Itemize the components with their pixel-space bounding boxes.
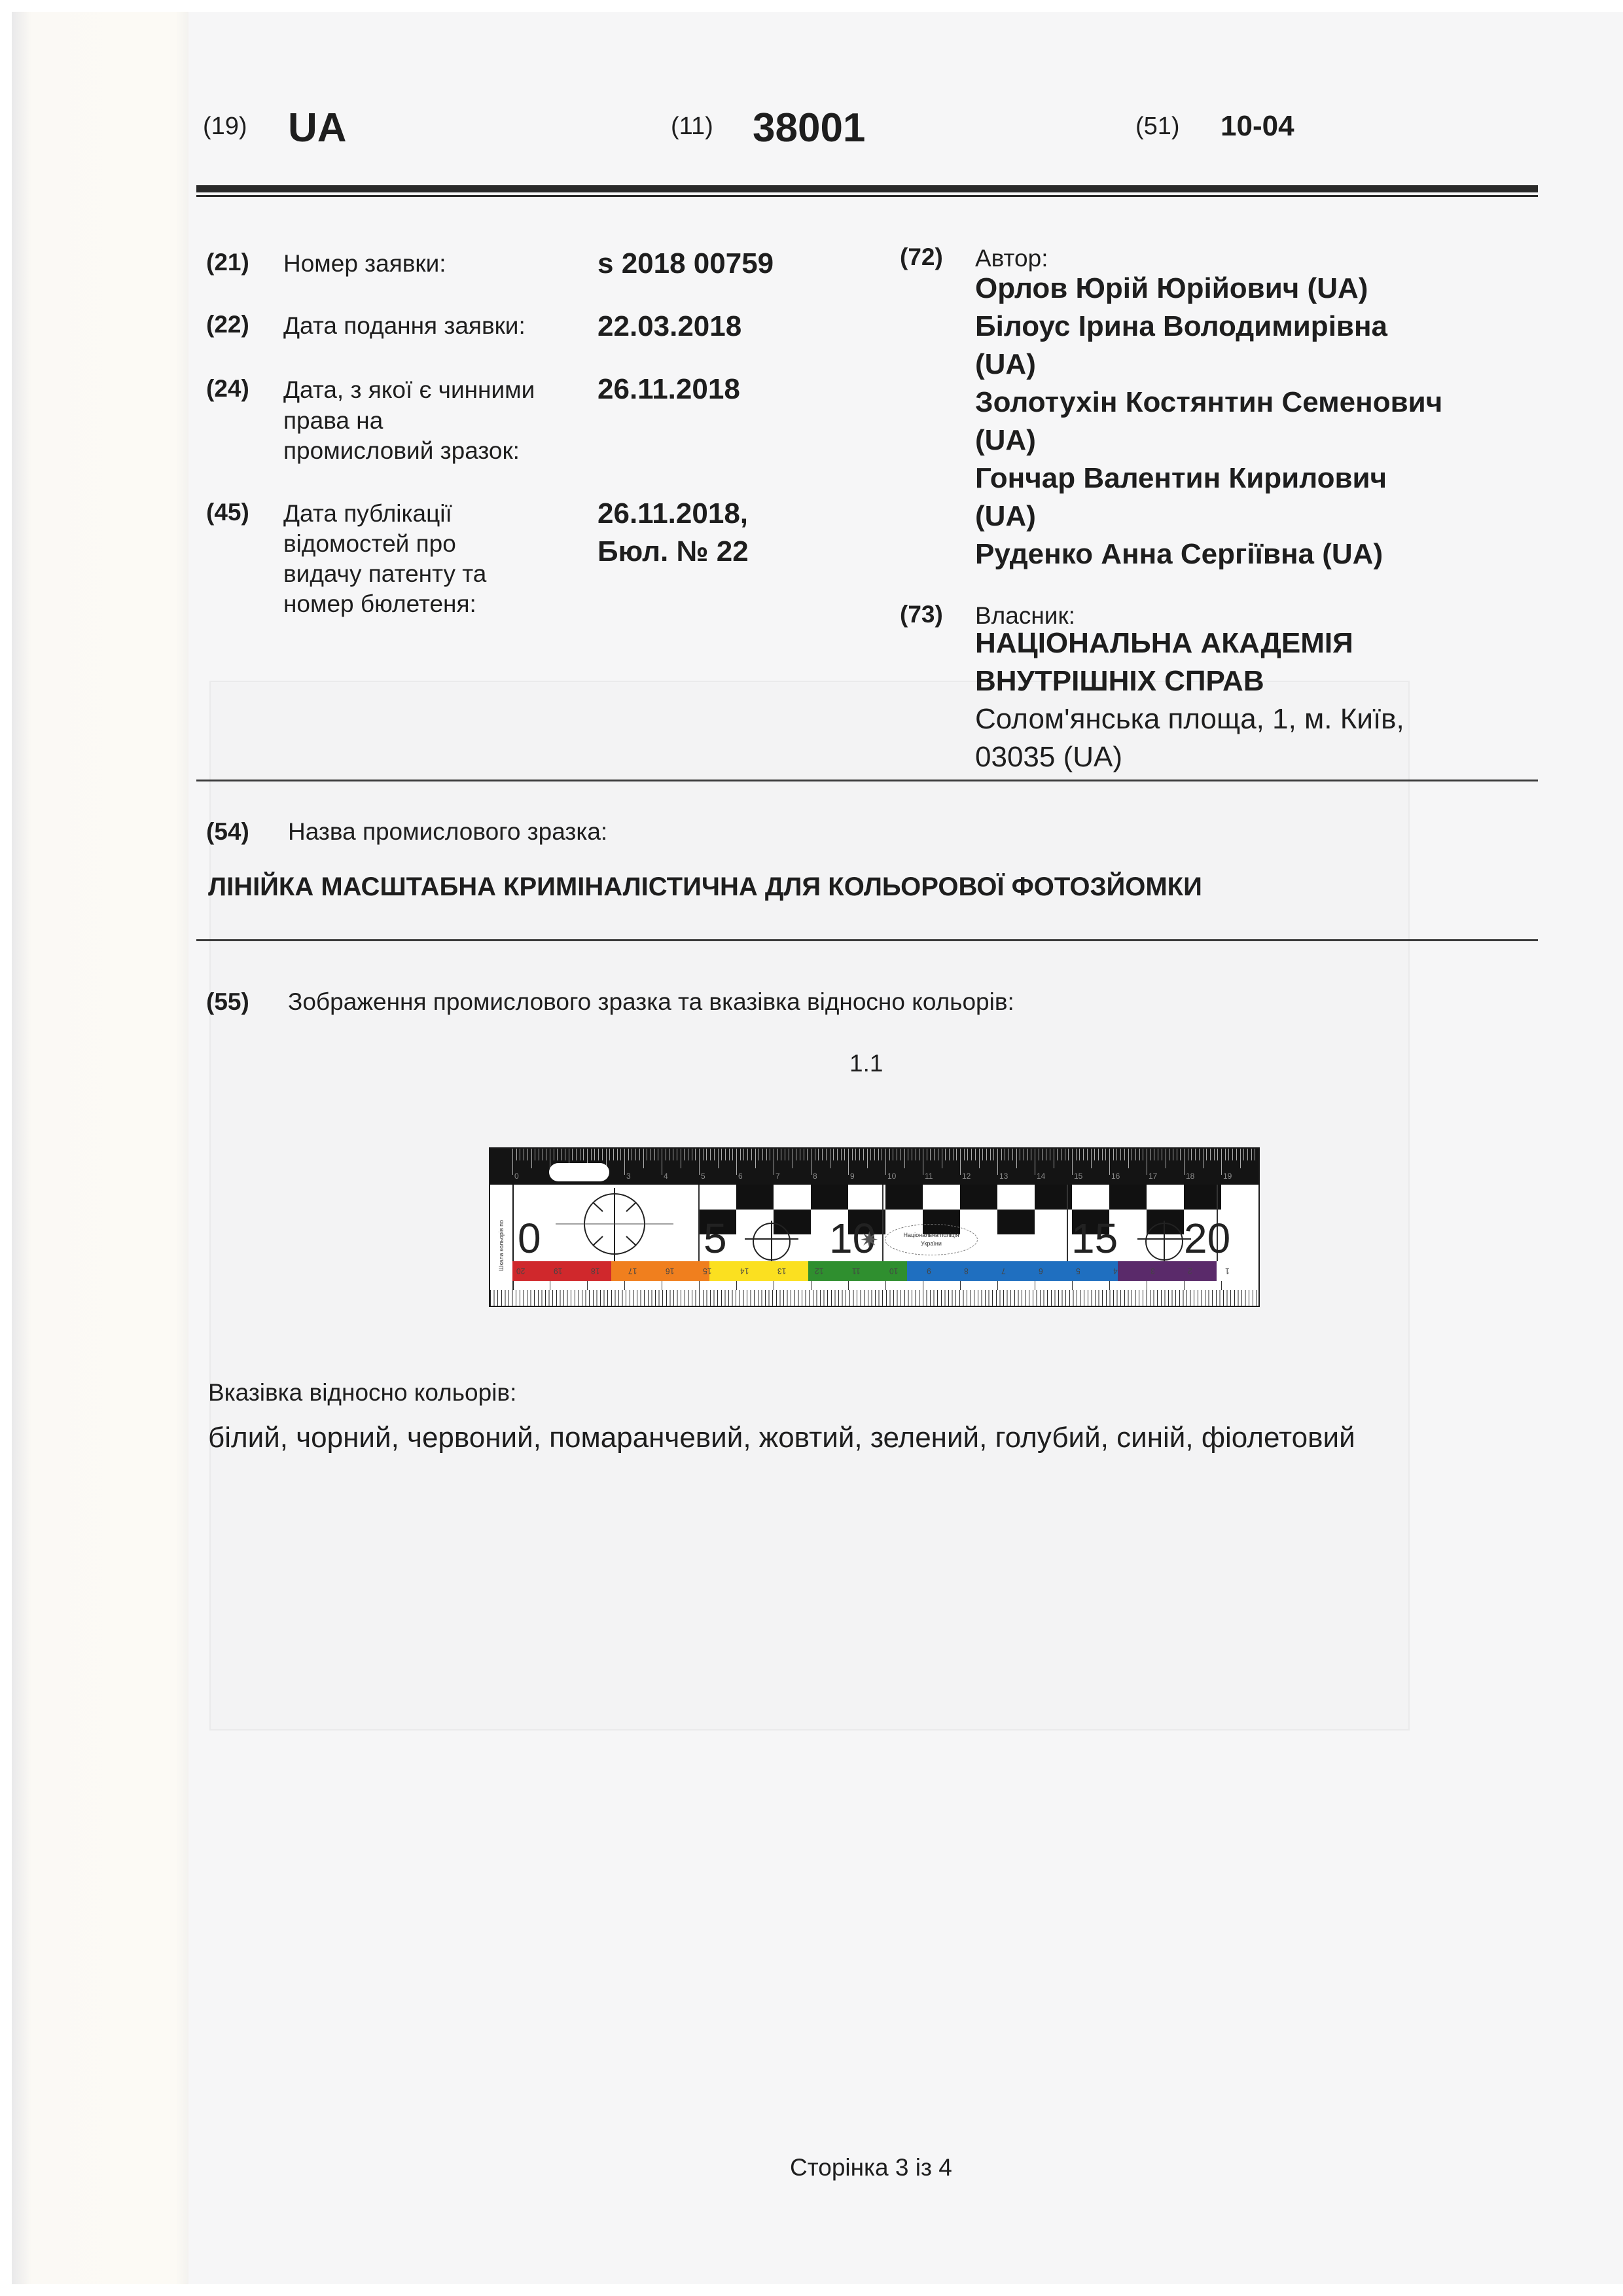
tick-mark (1083, 1149, 1084, 1160)
tick-mark (927, 1149, 927, 1160)
header-rule-thick (196, 185, 1538, 192)
tick-mark (543, 1149, 543, 1160)
tick-mark (1173, 1149, 1173, 1160)
tick-mark (934, 1149, 935, 1160)
tick-mark (882, 1149, 882, 1160)
tick-mark (1087, 1149, 1088, 1160)
tick-mark (706, 1149, 707, 1160)
tick-mark (855, 1149, 856, 1160)
tick-mark (732, 1149, 733, 1160)
tick-mark (736, 1149, 737, 1175)
tick-mark (1091, 1149, 1092, 1168)
field-label: Номер заявки: (283, 249, 446, 279)
bottom-scale-number: 5 (1076, 1266, 1080, 1276)
image-code: (55) (206, 988, 249, 1016)
tick-mark (1158, 1149, 1158, 1160)
top-scale-number: 14 (1037, 1172, 1045, 1181)
color-swatch (1118, 1261, 1217, 1281)
tick-mark (565, 1149, 565, 1160)
tick-mark (639, 1149, 640, 1160)
tick-mark (572, 1149, 573, 1160)
tick-mark (979, 1149, 980, 1168)
tick-mark (919, 1149, 919, 1160)
tick-mark (651, 1149, 651, 1160)
tick-mark (804, 1149, 804, 1160)
field-label: відомостей про (283, 529, 456, 559)
tick-mark (714, 1149, 715, 1160)
top-scale-number: 16 (1111, 1172, 1120, 1181)
tick-mark (1054, 1149, 1054, 1168)
tick-mark (774, 1149, 774, 1175)
tick-mark (897, 1149, 897, 1160)
country: UA (288, 105, 347, 151)
author-line: Білоус Ірина Володимирівна (975, 308, 1442, 346)
bulletin-number: Бюл. № 22 (597, 533, 749, 571)
header-rule-thin (196, 195, 1538, 197)
authors-code: (72) (900, 243, 943, 271)
tick-mark (930, 1149, 931, 1160)
top-scale-number: 5 (701, 1172, 705, 1181)
tick-mark (1072, 1149, 1073, 1175)
bottom-scale-number: 8 (964, 1266, 969, 1276)
tick-mark (729, 1149, 730, 1160)
tick-mark (1124, 1149, 1125, 1160)
checker-square (811, 1185, 848, 1210)
tick-mark (688, 1149, 688, 1160)
tick-mark (1005, 1149, 1005, 1160)
bottom-scale-number: 20 (516, 1266, 525, 1276)
scan-margin-strip (12, 12, 188, 2284)
tick-mark (576, 1149, 577, 1160)
checker-square (997, 1210, 1035, 1234)
tick-mark (1061, 1149, 1061, 1160)
checker-square (1109, 1185, 1147, 1210)
tick-mark (1035, 1149, 1035, 1175)
bottom-scale-number: 7 (1001, 1266, 1006, 1276)
tick-mark (1166, 1149, 1166, 1168)
tick-mark (971, 1149, 972, 1160)
authors-list: Орлов Юрій Юрійович (UA) Білоус Ірина Во… (975, 270, 1442, 573)
small-target-icon (742, 1221, 801, 1263)
ruler-big-number: 0 (518, 1217, 541, 1259)
bottom-scale-number: 16 (666, 1266, 674, 1276)
tick-mark (818, 1149, 819, 1160)
top-scale-number: 7 (776, 1172, 780, 1181)
tick-mark (740, 1149, 741, 1160)
tick-mark (1199, 1149, 1200, 1160)
tick-mark (1027, 1149, 1028, 1160)
tick-mark (1180, 1149, 1181, 1160)
tick-mark (1217, 1149, 1218, 1160)
title-label: Назва промислового зразка: (288, 817, 607, 847)
forensic-scale-ruler-image: 01234567891011121314151617181920 Шкала к… (489, 1147, 1260, 1307)
author-line: (UA) (975, 497, 1442, 535)
tick-mark (1221, 1149, 1222, 1175)
bottom-scale-number: 12 (815, 1266, 823, 1276)
tick-mark (747, 1149, 748, 1160)
tick-mark (1258, 1149, 1259, 1175)
tick-mark (1132, 1149, 1132, 1160)
tick-mark (1135, 1149, 1136, 1160)
tick-mark (859, 1149, 860, 1160)
author-line: Орлов Юрій Юрійович (UA) (975, 270, 1442, 308)
tick-mark (949, 1149, 950, 1160)
tick-mark (770, 1149, 770, 1160)
top-scale-number: 9 (850, 1172, 855, 1181)
tick-mark (781, 1149, 781, 1160)
tick-mark (967, 1149, 968, 1160)
tick-mark (777, 1149, 778, 1160)
tick-mark (960, 1149, 961, 1175)
ruler-bottom-ticks (490, 1290, 1258, 1306)
tick-mark (1050, 1149, 1050, 1160)
ruler-divider (1067, 1185, 1068, 1261)
bottom-scale-number: 10 (889, 1266, 898, 1276)
tick-mark (766, 1149, 767, 1160)
page-number: Сторінка 3 із 4 (790, 2154, 952, 2181)
ruler-slot (549, 1163, 609, 1181)
publication-date: 26.11.2018, (597, 495, 748, 533)
tick-mark (1147, 1149, 1147, 1175)
top-scale-number: 17 (1149, 1172, 1157, 1181)
tick-mark (535, 1149, 535, 1160)
tick-mark (635, 1149, 636, 1160)
filing-date: 22.03.2018 (597, 308, 741, 346)
tick-mark (643, 1149, 644, 1168)
ruler-big-number: 5 (704, 1217, 727, 1259)
tick-mark (1236, 1149, 1237, 1160)
top-scale-number: 12 (962, 1172, 971, 1181)
tick-mark (524, 1149, 524, 1160)
author-line: Гончар Валентин Кирилович (975, 459, 1442, 497)
tick-mark (539, 1149, 539, 1160)
color-swatch (709, 1261, 808, 1281)
tick-mark (1210, 1149, 1211, 1160)
design-title: ЛІНІЙКА МАСШТАБНА КРИМІНАЛІСТИЧНА ДЛЯ КО… (208, 872, 1202, 902)
tick-mark (1109, 1149, 1110, 1175)
bottom-scale-number: 13 (777, 1266, 786, 1276)
tick-mark (815, 1149, 815, 1160)
tick-mark (1177, 1149, 1177, 1160)
tick-mark (986, 1149, 987, 1160)
ruler-divider (882, 1185, 883, 1261)
tick-mark (1068, 1149, 1069, 1160)
tick-mark (1162, 1149, 1162, 1160)
tick-mark (923, 1149, 923, 1175)
tick-mark (1243, 1149, 1244, 1160)
top-scale-number: 3 (626, 1172, 631, 1181)
section-divider (196, 939, 1538, 941)
tick-mark (710, 1149, 711, 1160)
bottom-scale-number: 11 (852, 1266, 860, 1276)
tick-mark (598, 1149, 599, 1160)
bottom-scale-number: 18 (591, 1266, 599, 1276)
tick-mark (997, 1149, 998, 1175)
effective-date: 26.11.2018 (597, 370, 740, 408)
field-label: промисловий зразок: (283, 436, 520, 466)
number-code-label: (11) (671, 113, 713, 141)
bottom-scale-number: 6 (1039, 1266, 1043, 1276)
application-number: s 2018 00759 (597, 245, 774, 283)
tick-mark (594, 1149, 595, 1160)
tick-mark (1116, 1149, 1117, 1160)
tick-mark (833, 1149, 834, 1160)
tick-mark (826, 1149, 827, 1160)
tick-mark (1128, 1149, 1129, 1168)
tick-mark (844, 1149, 845, 1160)
field-code: (22) (206, 311, 249, 338)
tick-mark (1012, 1149, 1013, 1160)
tick-mark (1020, 1149, 1020, 1160)
tick-mark (852, 1149, 853, 1160)
tick-mark (520, 1149, 520, 1160)
bottom-scale-number: 15 (703, 1266, 711, 1276)
tick-mark (1039, 1149, 1039, 1160)
tick-mark (1150, 1149, 1151, 1160)
tick-mark (975, 1149, 976, 1160)
tick-mark (889, 1149, 890, 1160)
tick-mark (1251, 1149, 1252, 1160)
bottom-scale-number: 14 (740, 1266, 749, 1276)
tick-mark (1105, 1149, 1106, 1160)
country-code-label: (19) (203, 113, 247, 141)
tick-mark (1113, 1149, 1114, 1160)
tick-mark (867, 1149, 868, 1168)
tick-mark (546, 1149, 546, 1160)
tick-mark (527, 1149, 528, 1160)
tick-mark (1240, 1149, 1241, 1168)
top-scale-number: 15 (1074, 1172, 1082, 1181)
tick-mark (1079, 1149, 1080, 1160)
bottom-scale-number: 17 (628, 1266, 637, 1276)
tick-mark (743, 1149, 744, 1160)
tick-mark (841, 1149, 842, 1160)
tick-mark (1191, 1149, 1192, 1160)
tick-mark (1098, 1149, 1099, 1160)
tick-mark (580, 1149, 580, 1160)
tick-mark (904, 1149, 905, 1168)
tick-mark (830, 1149, 830, 1168)
tick-mark (1154, 1149, 1154, 1160)
top-scale-number: 10 (887, 1172, 896, 1181)
color-reference-strip (512, 1261, 1217, 1281)
owner-address: Солом'янська площа, 1, м. Київ, (975, 700, 1404, 738)
owner-name: ВНУТРІШНІХ СПРАВ (975, 662, 1404, 700)
tick-mark (591, 1149, 592, 1160)
tick-mark (609, 1149, 610, 1160)
tick-mark (725, 1149, 726, 1160)
tick-mark (703, 1149, 704, 1160)
badge-line: Національна поліція (885, 1231, 977, 1240)
tick-mark (1169, 1149, 1169, 1160)
tick-mark (953, 1149, 954, 1160)
tick-mark (1024, 1149, 1024, 1160)
tick-mark (1065, 1149, 1065, 1160)
color-swatch (907, 1261, 1118, 1281)
bottom-scale-number: 4 (1113, 1266, 1118, 1276)
bottom-scale-number: 2 (1188, 1266, 1192, 1276)
tick-mark (1228, 1149, 1229, 1160)
tick-mark (796, 1149, 796, 1160)
field-code: (24) (206, 375, 249, 403)
tick-mark (755, 1149, 756, 1168)
police-badge-label: Національна поліція України (885, 1224, 978, 1255)
tick-mark (692, 1149, 692, 1160)
tick-mark (1046, 1149, 1046, 1160)
large-target-icon (529, 1188, 700, 1263)
top-scale-number: 0 (514, 1172, 519, 1181)
class-value: 10-04 (1221, 110, 1294, 143)
tick-mark (1195, 1149, 1196, 1160)
tick-mark (1001, 1149, 1002, 1160)
tick-mark (945, 1149, 946, 1160)
class-code-label: (51) (1135, 113, 1180, 141)
tick-mark (916, 1149, 916, 1160)
bottom-scale-number: 1 (1225, 1266, 1230, 1276)
checker-square (885, 1185, 923, 1210)
tick-mark (901, 1149, 901, 1160)
tick-mark (793, 1149, 793, 1168)
checker-square (960, 1185, 997, 1210)
ruler-big-number: 20 (1184, 1217, 1230, 1259)
tick-mark (870, 1149, 871, 1160)
tick-mark (677, 1149, 677, 1160)
tick-mark (990, 1149, 991, 1160)
field-code: (45) (206, 499, 249, 526)
top-scale-number: 6 (738, 1172, 743, 1181)
author-line: Золотухін Костянтин Семенович (975, 384, 1442, 422)
section-divider (196, 780, 1538, 781)
tick-mark (1076, 1149, 1077, 1160)
image-label: Зображення промислового зразка та вказів… (288, 987, 1014, 1017)
tick-mark (885, 1149, 886, 1175)
top-scale-number: 13 (999, 1172, 1008, 1181)
tick-mark (1184, 1149, 1185, 1175)
tick-mark (1206, 1149, 1207, 1160)
tick-mark (878, 1149, 879, 1160)
field-label: Дата подання заявки: (283, 311, 526, 341)
tick-mark (874, 1149, 875, 1160)
tick-mark (785, 1149, 785, 1160)
tick-mark (837, 1149, 838, 1160)
tick-mark (822, 1149, 823, 1160)
patent-number: 38001 (753, 105, 865, 151)
checker-square (736, 1185, 774, 1210)
top-scale-number: 11 (925, 1172, 933, 1181)
bottom-scale-number: 19 (554, 1266, 562, 1276)
colors-list: білий, чорний, червоний, помаранчевий, ж… (208, 1422, 1355, 1454)
tick-mark (956, 1149, 957, 1160)
tick-mark (1102, 1149, 1103, 1160)
color-swatch (611, 1261, 710, 1281)
tick-mark (583, 1149, 584, 1160)
tick-mark (1225, 1149, 1226, 1160)
tick-mark (1120, 1149, 1121, 1160)
tick-mark (1232, 1149, 1233, 1160)
owner-name: НАЦІОНАЛЬНА АКАДЕМІЯ (975, 624, 1404, 662)
tick-mark (1042, 1149, 1043, 1160)
tick-mark (807, 1149, 808, 1160)
tick-mark (800, 1149, 800, 1160)
colors-heading: Вказівка відносно кольорів: (208, 1379, 516, 1407)
tick-mark (912, 1149, 912, 1160)
tick-mark (721, 1149, 722, 1160)
owner-details: НАЦІОНАЛЬНА АКАДЕМІЯ ВНУТРІШНІХ СПРАВ Со… (975, 624, 1404, 776)
tick-mark (1255, 1149, 1255, 1160)
tick-mark (628, 1149, 629, 1160)
tick-mark (993, 1149, 994, 1160)
tick-mark (662, 1149, 662, 1175)
owner-code: (73) (900, 601, 943, 628)
tick-mark (617, 1149, 618, 1160)
figure-label: 1.1 (849, 1050, 883, 1077)
author-line: (UA) (975, 422, 1442, 459)
tick-mark (942, 1149, 942, 1168)
tick-mark (938, 1149, 938, 1160)
tick-mark (1016, 1149, 1017, 1168)
author-line: (UA) (975, 346, 1442, 384)
tick-mark (531, 1149, 532, 1168)
title-code: (54) (206, 818, 249, 846)
ruler-big-number: 15 (1071, 1217, 1118, 1259)
tick-mark (654, 1149, 655, 1160)
tick-mark (1143, 1149, 1143, 1160)
tick-mark (811, 1149, 811, 1175)
owner-address: 03035 (UA) (975, 738, 1404, 776)
police-emblem-icon: ✷ (860, 1227, 879, 1253)
tick-mark (1258, 1281, 1259, 1294)
tick-mark (512, 1149, 513, 1175)
tick-mark (1188, 1149, 1188, 1160)
tick-mark (908, 1149, 908, 1160)
field-code: (21) (206, 249, 249, 276)
tick-mark (624, 1149, 625, 1175)
bottom-scale-number: 9 (927, 1266, 931, 1276)
ruler-side-label: Шкала кольорів по (490, 1185, 514, 1306)
tick-mark (684, 1149, 685, 1160)
tick-mark (658, 1149, 658, 1160)
tick-mark (632, 1149, 632, 1160)
tick-mark (1008, 1149, 1009, 1160)
top-scale-number: 19 (1223, 1172, 1232, 1181)
tick-mark (1139, 1149, 1140, 1160)
tick-mark (516, 1149, 517, 1160)
bottom-scale-number: 3 (1150, 1266, 1155, 1276)
field-label: видачу патенту та (283, 559, 486, 589)
tick-mark (695, 1149, 696, 1160)
tick-mark (613, 1149, 614, 1160)
tick-mark (1203, 1149, 1204, 1168)
tick-mark (789, 1149, 789, 1160)
ruler-side-text: Шкала кольорів по (498, 1219, 505, 1270)
tick-mark (751, 1149, 752, 1160)
tick-mark (1247, 1149, 1248, 1160)
tick-mark (561, 1149, 562, 1160)
tick-mark (758, 1149, 759, 1160)
top-scale-number: 4 (664, 1172, 668, 1181)
tick-mark (848, 1149, 849, 1175)
field-label: номер бюлетеня: (283, 589, 476, 619)
tick-mark (557, 1149, 558, 1160)
tick-mark (982, 1149, 983, 1160)
tick-mark (647, 1149, 647, 1160)
field-label: права на (283, 406, 383, 436)
tick-mark (1214, 1149, 1215, 1160)
tick-mark (863, 1149, 864, 1160)
tick-mark (964, 1149, 965, 1160)
tick-mark (673, 1149, 673, 1160)
field-label: Дата публікації (283, 499, 452, 529)
